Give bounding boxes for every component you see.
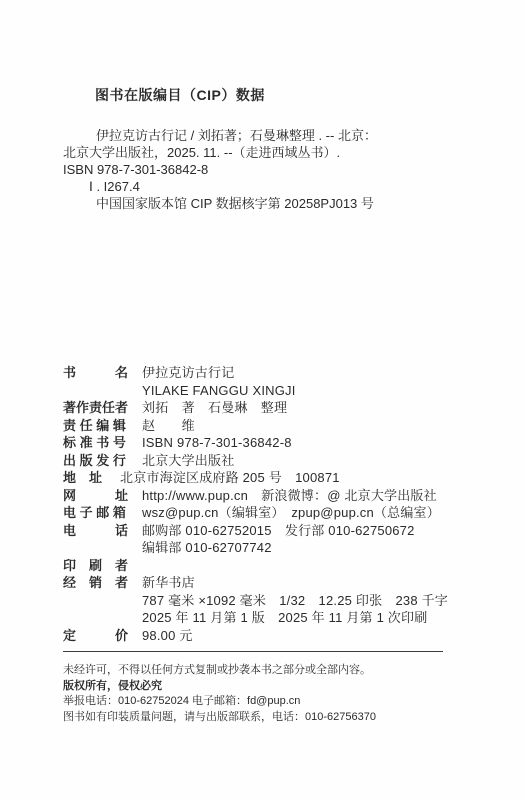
colophon-row-title-pinyin: YILAKE FANGGU XINGJI	[63, 382, 467, 400]
cip-line-isbn: ISBN 978-7-301-36842-8	[63, 161, 467, 178]
cip-line-record-number: 中国国家版本馆 CIP 数据核字第 20258PJ013 号	[63, 195, 467, 212]
cip-line-title-statement: 伊拉克访古行记 / 刘拓著；石曼琳整理 . -- 北京：	[63, 127, 467, 144]
colophon-row-title: 书 名 伊拉克访古行记	[63, 364, 467, 382]
row-label: 印 刷 者	[63, 557, 142, 575]
row-label: 地 址	[63, 469, 120, 487]
note-no-copying: 未经许可，不得以任何方式复制或抄袭本书之部分或全部内容。	[63, 663, 467, 679]
row-label: 书 名	[63, 364, 142, 382]
row-value: 北京大学出版社	[142, 452, 234, 470]
colophon-row-printer: 印 刷 者	[63, 557, 467, 575]
row-label: 出 版 发 行	[63, 452, 142, 470]
colophon-row-email: 电 子 邮 箱 wsz@pup.cn（编辑室） zpup@pup.cn（总编室）	[63, 504, 467, 522]
note-report-contact: 举报电话：010-62752024 电子邮箱：fd@pup.cn	[63, 694, 467, 710]
row-value: 伊拉克访古行记	[142, 364, 234, 382]
row-value: 刘拓 著 石曼琳 整理	[142, 399, 287, 417]
cip-heading: 图书在版编目（CIP）数据	[95, 86, 467, 104]
copyright-page: 图书在版编目（CIP）数据 伊拉克访古行记 / 刘拓著；石曼琳整理 . -- 北…	[0, 0, 525, 800]
row-value: wsz@pup.cn（编辑室） zpup@pup.cn（总编室）	[142, 504, 440, 522]
colophon-row-author: 著作责任者 刘拓 著 石曼琳 整理	[63, 399, 467, 417]
row-value: 新华书店	[142, 574, 195, 592]
cip-line-publisher-statement: 北京大学出版社，2025. 11. --（走进西域丛书）.	[63, 144, 467, 161]
colophon-row-isbn: 标 准 书 号 ISBN 978-7-301-36842-8	[63, 434, 467, 452]
colophon-row-address: 地 址 北京市海淀区成府路 205 号 100871	[63, 469, 467, 487]
colophon-row-phone: 电 话 邮购部 010-62752015 发行部 010-62750672	[63, 522, 467, 540]
row-label: 电 子 邮 箱	[63, 504, 142, 522]
colophon-row-website: 网 址 http://www.pup.cn 新浪微博：@ 北京大学出版社	[63, 487, 467, 505]
row-label: 著作责任者	[63, 399, 142, 417]
cip-data-block: 伊拉克访古行记 / 刘拓著；石曼琳整理 . -- 北京： 北京大学出版社，202…	[63, 127, 467, 212]
row-value: 2025 年 11 月第 1 版 2025 年 11 月第 1 次印刷	[142, 609, 427, 627]
row-label: 标 准 书 号	[63, 434, 142, 452]
row-value: http://www.pup.cn 新浪微博：@ 北京大学出版社	[142, 487, 437, 505]
colophon-row-edition: 2025 年 11 月第 1 版 2025 年 11 月第 1 次印刷	[63, 609, 467, 627]
note-copyright-reserved: 版权所有，侵权必究	[63, 679, 467, 695]
note-quality-contact: 图书如有印装质量问题，请与出版部联系，电话：010-62756370	[63, 710, 467, 726]
divider-rule	[63, 651, 443, 652]
colophon-row-format: 787 毫米 ×1092 毫米 1/32 12.25 印张 238 千字	[63, 592, 467, 610]
legal-notes-block: 未经许可，不得以任何方式复制或抄袭本书之部分或全部内容。 版权所有，侵权必究 举…	[63, 663, 467, 725]
row-value: 98.00 元	[142, 627, 193, 645]
cip-line-classification: Ⅰ . I267.4	[63, 178, 467, 195]
row-value: 赵 维	[142, 417, 195, 435]
row-value: 北京市海淀区成府路 205 号 100871	[120, 469, 340, 487]
row-label: 定 价	[63, 627, 142, 645]
row-value: 邮购部 010-62752015 发行部 010-62750672	[142, 522, 415, 540]
row-label: 经 销 者	[63, 574, 142, 592]
colophon-row-price: 定 价 98.00 元	[63, 627, 467, 645]
row-value: ISBN 978-7-301-36842-8	[142, 434, 292, 452]
colophon-row-phone-cont: 编辑部 010-62707742	[63, 539, 467, 557]
colophon-row-editor: 责 任 编 辑 赵 维	[63, 417, 467, 435]
row-value: 编辑部 010-62707742	[142, 539, 272, 557]
colophon-row-distributor: 经 销 者 新华书店	[63, 574, 467, 592]
colophon-block: 书 名 伊拉克访古行记 YILAKE FANGGU XINGJI 著作责任者 刘…	[63, 364, 467, 644]
row-value: 787 毫米 ×1092 毫米 1/32 12.25 印张 238 千字	[142, 592, 448, 610]
row-label: 责 任 编 辑	[63, 417, 142, 435]
row-value: YILAKE FANGGU XINGJI	[142, 382, 296, 400]
row-label: 电 话	[63, 522, 142, 540]
row-label: 网 址	[63, 487, 142, 505]
colophon-row-publisher: 出 版 发 行 北京大学出版社	[63, 452, 467, 470]
